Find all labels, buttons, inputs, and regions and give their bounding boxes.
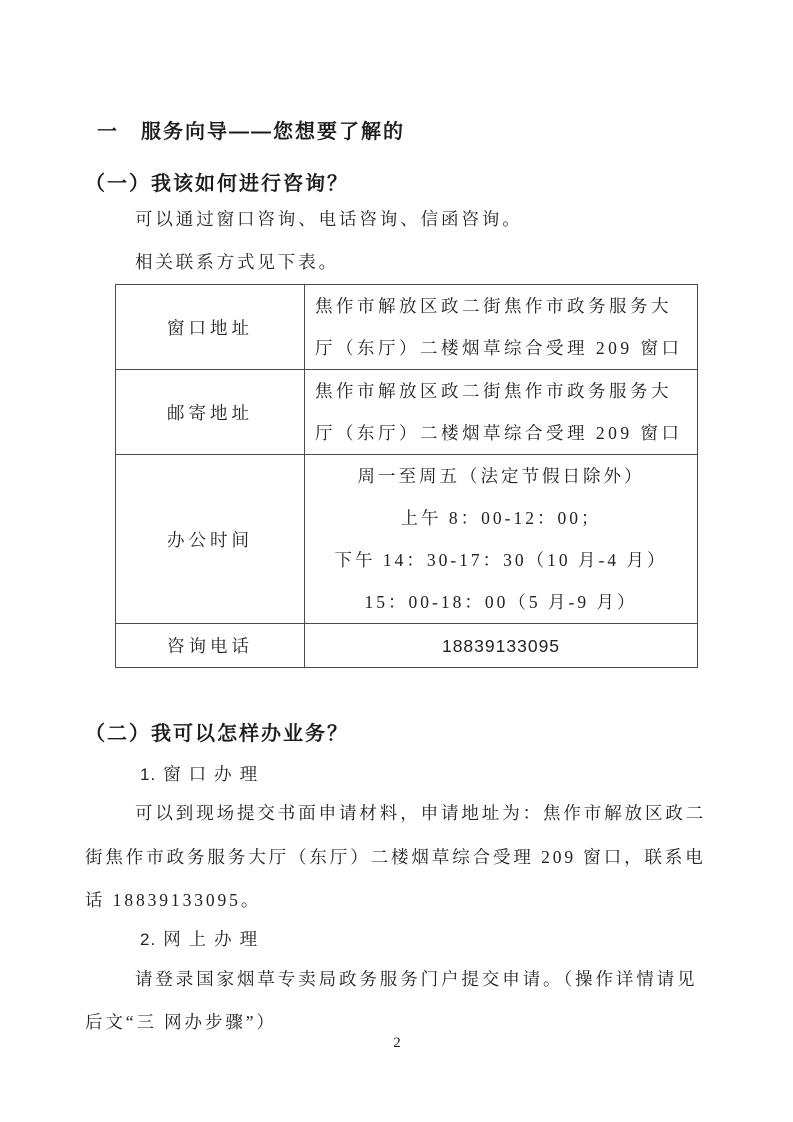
office-hours-row: 办公时间 周一至周五（法定节假日除外） 上午 8：00-12：00； 下午 14… [116, 455, 698, 624]
list-item-number: 2. [140, 930, 156, 949]
phone-row: 咨询电话 18839133095 [116, 624, 698, 668]
list-item-label: 窗口办理 [163, 764, 265, 784]
row-value: 焦作市解放区政二街焦作市政务服务大厅（东厅）二楼烟草综合受理 209 窗口 [305, 370, 698, 455]
row-value: 焦作市解放区政二街焦作市政务服务大厅（东厅）二楼烟草综合受理 209 窗口 [305, 285, 698, 370]
window-apply-paragraph: 可以到现场提交书面申请材料，申请地址为：焦作市解放区政二 街焦作市政务服务大厅（… [85, 792, 709, 923]
contact-table: 窗口地址 焦作市解放区政二街焦作市政务服务大厅（东厅）二楼烟草综合受理 209 … [115, 284, 698, 668]
apply-section-title: （二）我可以怎样办业务？ [85, 720, 709, 748]
office-hours-line: 下午 14：30-17：30（10 月-4 月） [305, 539, 697, 581]
window-address-row: 窗口地址 焦作市解放区政二街焦作市政务服务大厅（东厅）二楼烟草综合受理 209 … [116, 285, 698, 370]
doc-heading: 一 服务向导——您想要了解的 [97, 118, 709, 146]
office-hours-line: 周一至周五（法定节假日除外） [305, 455, 697, 497]
list-item-window: 1.窗口办理 [85, 754, 709, 795]
office-hours-line: 15：00-18：00（5 月-9 月） [305, 581, 697, 623]
row-label: 咨询电话 [116, 624, 305, 668]
consult-section-title: （一）我该如何进行咨询？ [85, 170, 709, 198]
table-note-paragraph: 相关联系方式见下表。 [85, 241, 709, 284]
paragraph-line: 可以到现场提交书面申请材料，申请地址为：焦作市解放区政二 [85, 792, 709, 836]
row-label: 办公时间 [116, 455, 305, 624]
document-page: 一 服务向导——您想要了解的 （一）我该如何进行咨询？ 可以通过窗口咨询、电话咨… [0, 0, 793, 1122]
row-value: 周一至周五（法定节假日除外） 上午 8：00-12：00； 下午 14：30-1… [305, 455, 698, 624]
list-item-number: 1. [140, 765, 156, 784]
phone-number: 18839133095 [305, 624, 698, 668]
office-hours-line: 上午 8：00-12：00； [305, 497, 697, 539]
paragraph-line: 街焦作市政务服务大厅（东厅）二楼烟草综合受理 209 窗口，联系电 [85, 836, 709, 880]
row-label: 邮寄地址 [116, 370, 305, 455]
list-item-online: 2.网上办理 [85, 919, 709, 960]
paragraph-line: 话 18839133095。 [85, 879, 709, 923]
consult-intro-paragraph: 可以通过窗口咨询、电话咨询、信函咨询。 [85, 198, 709, 241]
online-apply-paragraph: 请登录国家烟草专卖局政务服务门户提交申请。（操作详情请见 后文“三 网办步骤”） [85, 958, 709, 1045]
list-item-label: 网上办理 [163, 929, 265, 949]
mailing-address-row: 邮寄地址 焦作市解放区政二街焦作市政务服务大厅（东厅）二楼烟草综合受理 209 … [116, 370, 698, 455]
paragraph-line: 请登录国家烟草专卖局政务服务门户提交申请。（操作详情请见 [85, 958, 709, 1002]
row-label: 窗口地址 [116, 285, 305, 370]
